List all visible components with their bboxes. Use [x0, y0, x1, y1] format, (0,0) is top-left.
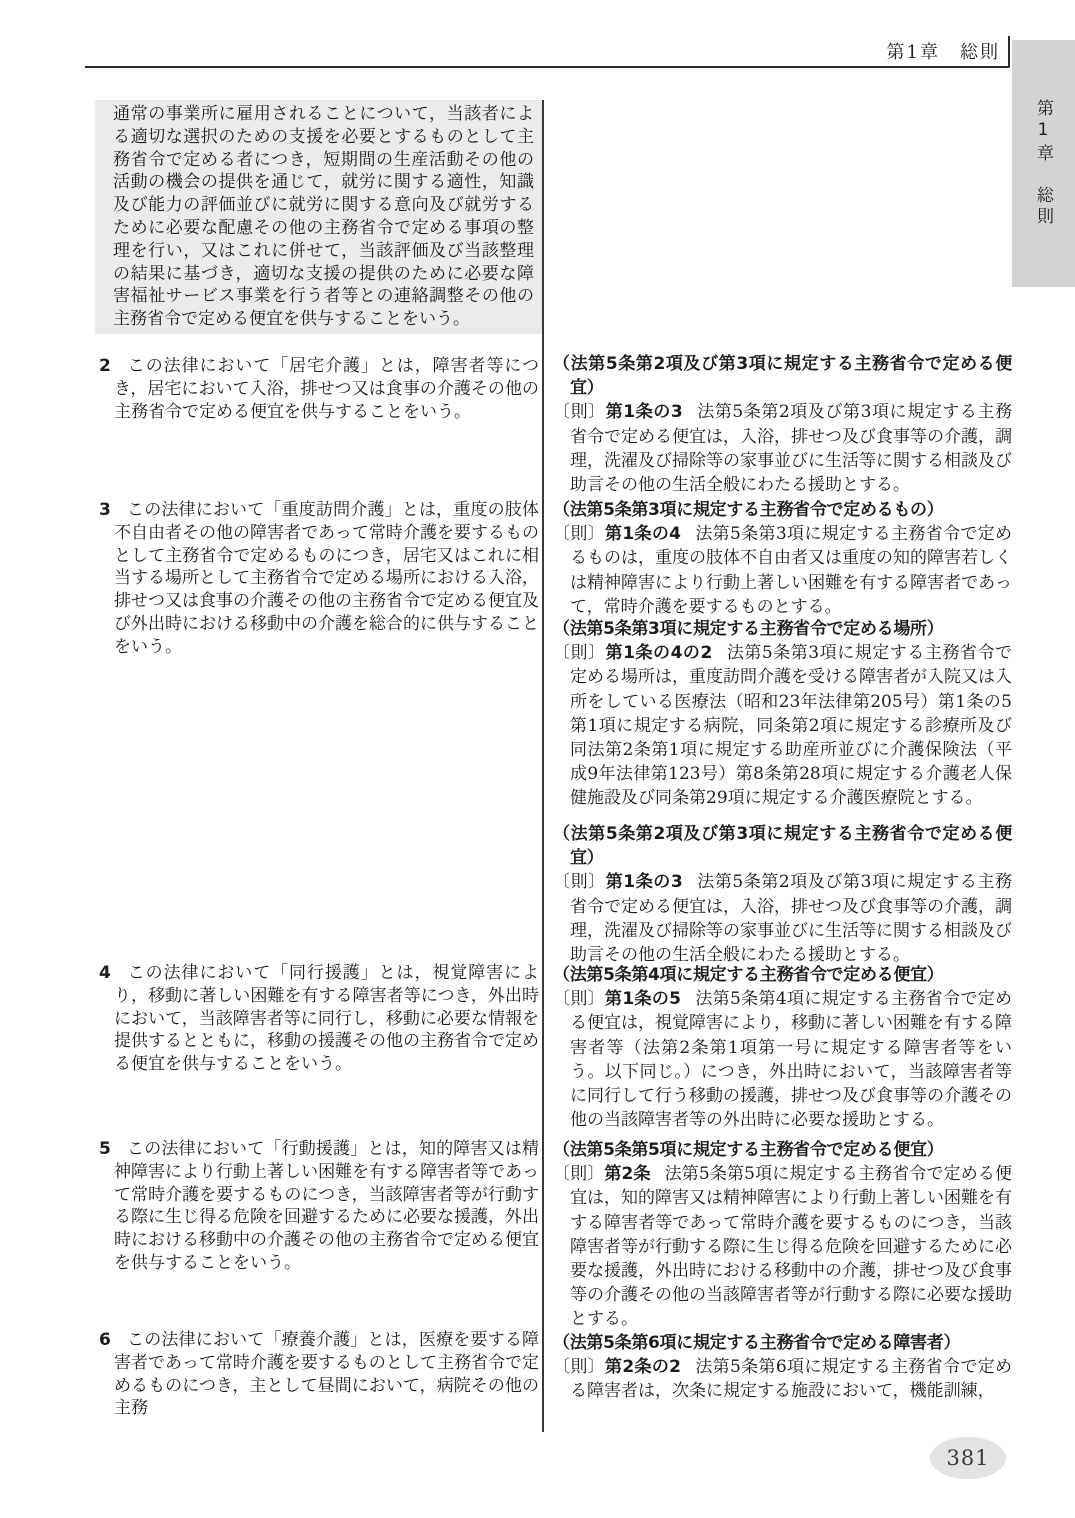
- regulation-article-number: 第1条の4の2: [606, 643, 713, 663]
- regulation-body: 〔則〕第1条の5法第5条第4項に規定する主務省令で定める便宜は，視覚障害により，…: [553, 987, 1012, 1132]
- law-paragraph-5: 5この法律において「行動援護」とは，知的障害又は精神障害により行動上著しい困難を…: [99, 1138, 539, 1275]
- paragraph-number: 2: [99, 356, 111, 376]
- paragraph-text: この法律において「同行援護」とは，視覚障害により，移動に著しい困難を有する障害者…: [114, 963, 539, 1074]
- document-page: 第1章 総則 第1章 総則 通常の事業所に雇用されることについて，当該者による適…: [0, 0, 1075, 1518]
- regulation-label: 〔則〕: [553, 872, 606, 892]
- regulation-text: 法第5条第4項に規定する主務省令で定める便宜は，視覚障害により，移動に著しい困難…: [570, 989, 1012, 1130]
- law-paragraph-4: 4この法律において「同行援護」とは，視覚障害により，移動に著しい困難を有する障害…: [99, 962, 539, 1076]
- page-number: 381: [946, 1446, 989, 1470]
- regulation-body: 〔則〕第2条の2法第5条第6項に規定する主務省令で定める障害者は，次条に規定する…: [553, 1355, 1012, 1403]
- regulation-body: 〔則〕第1条の4の2法第5条第3項に規定する主務省令で定める場所は，重度訪問介護…: [553, 641, 1012, 810]
- regulation-body: 〔則〕第1条の3法第5条第2項及び第3項に規定する主務省令で定める便宜は，入浴，…: [553, 400, 1012, 497]
- regulation-heading: （法第5条第6項に規定する主務省令で定める障害者）: [553, 1331, 1012, 1355]
- regulation-heading: （法第5条第2項及び第3項に規定する主務省令で定める便宜）: [553, 352, 1012, 400]
- chapter-side-tab-label: 第1章 総則: [1031, 99, 1056, 228]
- chapter-side-tab: 第1章 総則: [1012, 40, 1075, 287]
- regulation-text: 法第5条第5項に規定する主務省令で定める便宜は，知的障害又は精神障害により行動上…: [570, 1164, 1012, 1329]
- regulation-article-number: 第2条の2: [605, 1357, 681, 1377]
- paragraph-text: この法律において「行動援護」とは，知的障害又は精神障害により行動上著しい困難を有…: [114, 1139, 539, 1273]
- regulation-article-number: 第1条の3: [606, 402, 683, 422]
- paragraph-number: 3: [99, 500, 111, 520]
- column-divider: [542, 100, 544, 1432]
- paragraph-text: この法律において「療養介護」とは，医療を要する障害者であって常時介護を要するもの…: [114, 1330, 539, 1418]
- regulation-article-number: 第2条: [604, 1164, 650, 1184]
- regulation-heading: （法第5条第5項に規定する主務省令で定める便宜）: [553, 1138, 1012, 1162]
- regulation-label: 〔則〕: [553, 524, 605, 544]
- regulation-label: 〔則〕: [553, 643, 606, 663]
- regulation-heading: （法第5条第2項及び第3項に規定する主務省令で定める便宜）: [553, 822, 1012, 870]
- paragraph-number: 6: [99, 1330, 111, 1350]
- regulation-article-number: 第1条の4: [605, 524, 681, 544]
- regulation-body: 〔則〕第2条法第5条第5項に規定する主務省令で定める便宜は，知的障害又は精神障害…: [553, 1162, 1012, 1331]
- regulation-text: 法第5条第3項に規定する主務省令で定める場所は，重度訪問介護を受ける障害者が入院…: [570, 643, 1012, 808]
- law-paragraph-2: 2この法律において「居宅介護」とは，障害者等につき，居宅において入浴，排せつ又は…: [99, 355, 539, 423]
- paragraph-number: 4: [99, 963, 111, 983]
- regulation-label: 〔則〕: [553, 1164, 604, 1184]
- paragraph-text: この法律において「重度訪問介護」とは，重度の肢体不自由者その他の障害者であって常…: [114, 500, 539, 657]
- law-paragraph-3: 3この法律において「重度訪問介護」とは，重度の肢体不自由者その他の障害者であって…: [99, 499, 539, 659]
- header-rule: [85, 66, 1010, 68]
- law-paragraph-6: 6この法律において「療養介護」とは，医療を要する障害者であって常時介護を要するも…: [99, 1329, 539, 1420]
- regulation-label: 〔則〕: [553, 1357, 605, 1377]
- regulation-block-1: （法第5条第2項及び第3項に規定する主務省令で定める便宜） 〔則〕第1条の3法第…: [553, 352, 1012, 497]
- regulation-block-3: （法第5条第3項に規定する主務省令で定める場所） 〔則〕第1条の4の2法第5条第…: [553, 617, 1012, 811]
- regulation-block-7: （法第5条第6項に規定する主務省令で定める障害者） 〔則〕第2条の2法第5条第6…: [553, 1331, 1012, 1404]
- regulation-label: 〔則〕: [553, 989, 605, 1009]
- regulation-body: 〔則〕第1条の3法第5条第2項及び第3項に規定する主務省令で定める便宜は，入浴，…: [553, 870, 1012, 967]
- regulation-body: 〔則〕第1条の4法第5条第3項に規定する主務省令で定めるものは，重度の肢体不自由…: [553, 522, 1012, 619]
- paragraph-text: この法律において「居宅介護」とは，障害者等につき，居宅において入浴，排せつ又は食…: [114, 356, 539, 422]
- chapter-header: 第1章 総則: [85, 38, 1000, 64]
- regulation-block-4: （法第5条第2項及び第3項に規定する主務省令で定める便宜） 〔則〕第1条の3法第…: [553, 822, 1012, 967]
- regulation-block-2: （法第5条第3項に規定する主務省令で定めるもの） 〔則〕第1条の4法第5条第3項…: [553, 498, 1012, 619]
- regulation-block-5: （法第5条第4項に規定する主務省令で定める便宜） 〔則〕第1条の5法第5条第4項…: [553, 963, 1012, 1132]
- regulation-heading: （法第5条第4項に規定する主務省令で定める便宜）: [553, 963, 1012, 987]
- regulation-article-number: 第1条の5: [605, 989, 681, 1009]
- regulation-label: 〔則〕: [553, 402, 606, 422]
- page-number-badge: 381: [930, 1437, 1006, 1479]
- highlighted-continuation-paragraph: 通常の事業所に雇用されることについて，当該者による適切な選択のための支援を必要と…: [95, 100, 542, 334]
- regulation-block-6: （法第5条第5項に規定する主務省令で定める便宜） 〔則〕第2条法第5条第5項に規…: [553, 1138, 1012, 1332]
- regulation-heading: （法第5条第3項に規定する主務省令で定める場所）: [553, 617, 1012, 641]
- regulation-article-number: 第1条の3: [606, 872, 683, 892]
- paragraph-number: 5: [99, 1139, 111, 1159]
- regulation-heading: （法第5条第3項に規定する主務省令で定めるもの）: [553, 498, 1012, 522]
